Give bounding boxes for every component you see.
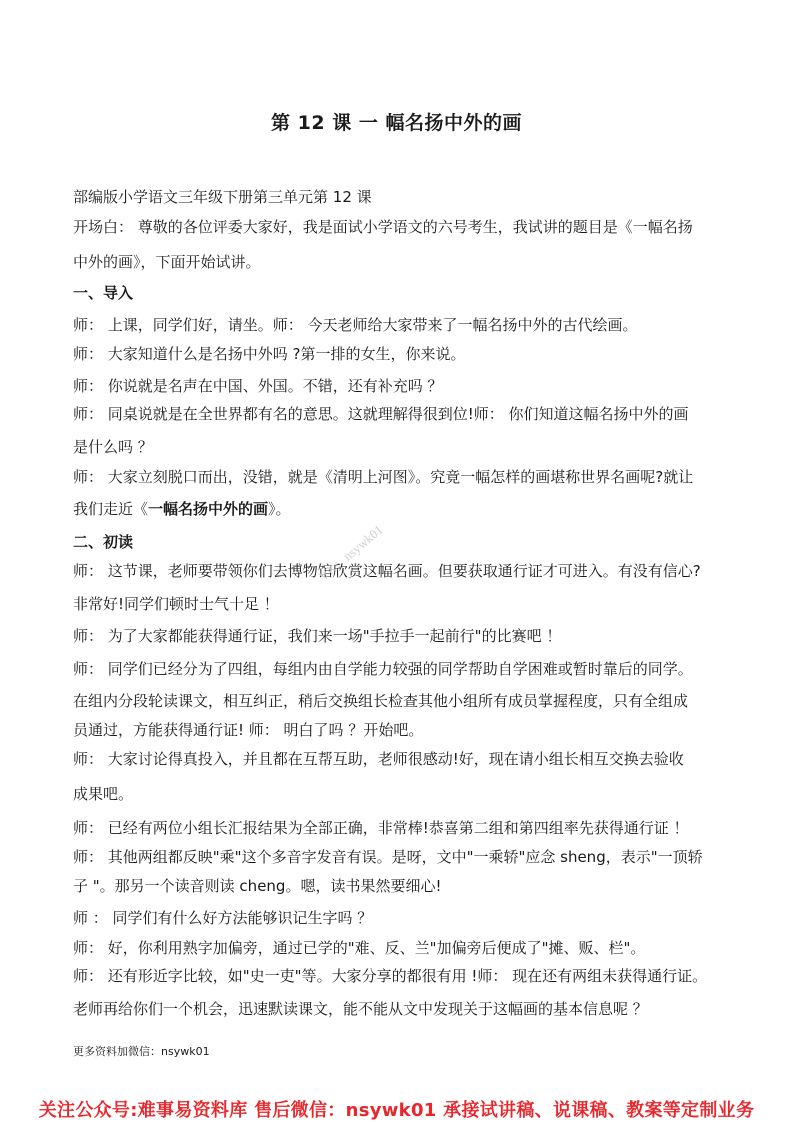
body-line: 师： 其他两组都反映"乘"这个多音字发音有误。是呀，文中"一乘轿"应念 shen… <box>73 847 703 867</box>
body-line: 师： 同学们已经分为了四组，每组内由自学能力较强的同学帮助自学困难或暂时靠后的同… <box>73 659 693 679</box>
body-line: 是什么吗 ？ <box>73 437 153 457</box>
body-line: 老师再给你们一个机会，迅速默读课文，能不能从文中发现关于这幅画的基本信息呢 ？ <box>73 999 648 1019</box>
body-line: 师： 上课，同学们好，请坐。师： 今天老师给大家带来了一幅名扬中外的古代绘画。 <box>73 315 638 335</box>
mixed-suffix: 》。 <box>268 500 291 518</box>
body-line: 师： 大家知道什么是名扬中外吗 ?第一排的女生，你来说。 <box>73 344 466 364</box>
promo-banner: 关注公众号:难事易资料库 售后微信：nsywk01 承接试讲稿、说课稿、教案等定… <box>0 1096 793 1122</box>
section-heading: 二、初读 <box>73 532 133 552</box>
body-line: 师： 大家讨论得真投入，并且都在互帮互助，老师很感动!好，现在请小组长相互交换去… <box>73 749 684 769</box>
page-title: 第 12 课 一 幅名扬中外的画 <box>0 108 793 135</box>
body-line: 师： 为了大家都能获得通行证，我们来一场"手拉手一起前行"的比赛吧 ！ <box>73 626 561 646</box>
body-line: 师： 已经有两位小组长汇报结果为全部正确，非常棒!恭喜第二组和第四组率先获得通行… <box>73 818 689 838</box>
mixed-prefix: 我们走近《 <box>73 500 148 518</box>
body-line: 师： 这节课，老师要带领你们去博物馆欣赏这幅名画。但要获取通行证才可进入。有没有… <box>73 561 701 581</box>
body-line: 师： 还有形近字比较，如"史一吏"等。大家分享的都很有用 !师： 现在还有两组未… <box>73 966 707 986</box>
mixed-bold-title: 一幅名扬中外的画 <box>148 500 268 518</box>
body-line: 师： 大家立刻脱口而出，没错，就是《清明上河图》。究竟一幅怎样的画堪称世界名画呢… <box>73 467 693 487</box>
body-line: 在组内分段轮读课文，相互纠正，稍后交换组长检查其他小组所有成员掌握程度，只有全组… <box>73 691 688 711</box>
body-line: 子 "。那另一个读音则读 cheng。嗯，读书果然要细心! <box>73 876 441 896</box>
body-line: 师： 好，你利用熟字加偏旁，通过已学的"难、反、兰"加偏旁后便成了"摊、贩、栏"… <box>73 938 645 958</box>
body-line-mixed: 我们走近《一幅名扬中外的画》。 <box>73 499 291 519</box>
body-line: 师： 同桌说就是在全世界都有名的意思。这就理解得很到位!师： 你们知道这幅名扬中… <box>73 404 689 424</box>
body-line: 师： 你说就是名声在中国、外国。不错，还有补充吗 ？ <box>73 376 443 396</box>
body-line: 成果吧。 <box>73 784 133 804</box>
subtitle: 部编版小学语文三年级下册第三单元第 12 课 <box>73 187 372 207</box>
section-heading: 一、导入 <box>73 283 133 303</box>
body-line: 开场白： 尊敬的各位评委大家好，我是面试小学语文的六号考生，我试讲的题目是《一幅… <box>73 217 693 237</box>
body-line: 中外的画》，下面开始试讲。 <box>73 252 261 272</box>
body-line: 非常好!同学们顿时士气十足 ！ <box>73 594 279 614</box>
footer-note: 更多资料加微信：nsywk01 <box>73 1043 210 1059</box>
body-line: 员通过，方能获得通行证! 师： 明白了吗 ？开始吧。 <box>73 720 423 740</box>
body-line: 师 ： 同学们有什么好方法能够识记生字吗 ？ <box>73 908 372 928</box>
